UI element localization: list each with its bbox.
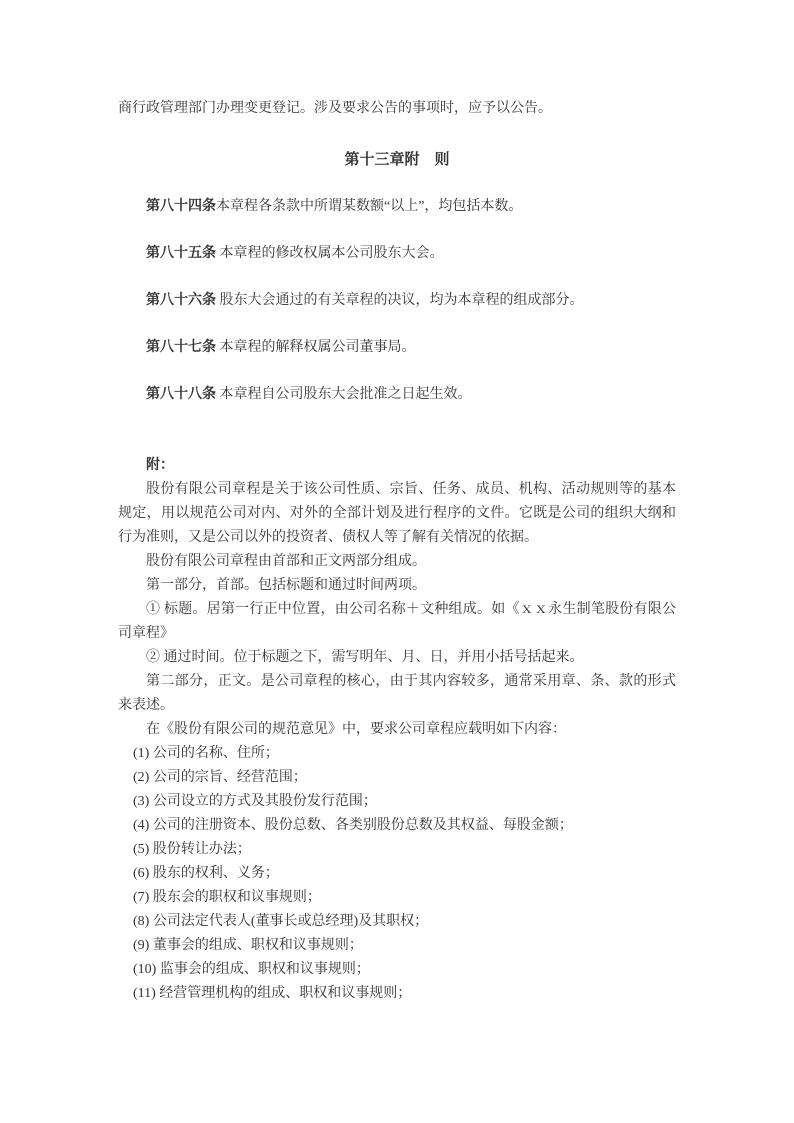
appendix-item1-paragraph: ① 标题。居第一行正中位置，由公司名称＋文种组成。如《ｘｘ永生制笔股份有限公司章… [118, 598, 676, 646]
list-item-7: (7) 股东会的职权和议事规则； [118, 886, 676, 910]
appendix-intro-paragraph: 股份有限公司章程是关于该公司性质、宗旨、任务、成员、机构、活动规则等的基本规定，… [118, 478, 676, 550]
requirements-list: (1) 公司的名称、住所； (2) 公司的宗旨、经营范围； (3) 公司设立的方… [118, 742, 676, 1006]
list-item-1-num: (1) [133, 746, 149, 761]
appendix-heading: 附： [118, 454, 676, 478]
list-item-8-num: (8) [133, 914, 149, 929]
list-item-1-text: 公司的名称、住所； [153, 746, 279, 761]
article-88-text: 本章程自公司股东大会批准之日起生效。 [216, 387, 472, 402]
list-item-1: (1) 公司的名称、住所； [118, 742, 676, 766]
list-item-2-num: (2) [133, 770, 149, 785]
article-85: 第八十五条 本章程的修改权属本公司股东大会。 [118, 242, 676, 266]
article-84: 第八十四条本章程各条款中所谓某数额“以上”，均包括本数。 [118, 195, 676, 219]
list-item-2-text: 公司的宗旨、经营范围； [153, 770, 307, 785]
list-item-11: (11) 经营管理机构的组成、职权和议事规则； [118, 982, 676, 1006]
continuation-paragraph: 商行政管理部门办理变更登记。涉及要求公告的事项时，应予以公告。 [118, 97, 676, 121]
article-86-label: 第八十六条 [146, 293, 216, 308]
document-page: 商行政管理部门办理变更登记。涉及要求公告的事项时，应予以公告。 第十三章附 则 … [0, 0, 794, 1123]
list-item-6: (6) 股东的权利、义务； [118, 862, 676, 886]
list-item-4: (4) 公司的注册资本、股份总数、各类别股份总数及其权益、每股金额； [118, 814, 676, 838]
list-item-4-num: (4) [133, 818, 149, 833]
article-85-label: 第八十五条 [146, 246, 216, 261]
list-item-9: (9) 董事会的组成、职权和议事规则； [118, 934, 676, 958]
appendix-item2-paragraph: ② 通过时间。位于标题之下，需写明年、月、日，并用小括号括起来。 [118, 646, 676, 670]
list-item-6-text: 股东的权利、义务； [153, 866, 279, 881]
article-85-text: 本章程的修改权属本公司股东大会。 [216, 246, 444, 261]
list-item-8-text: 公司法定代表人(董事长或总经理)及其职权； [153, 914, 428, 929]
article-84-text: 本章程各条款中所谓某数额“以上”，均包括本数。 [216, 199, 522, 214]
list-item-11-num: (11) [133, 986, 156, 1001]
article-87: 第八十七条 本章程的解释权属公司董事局。 [118, 336, 676, 360]
appendix-part1-paragraph: 第一部分，首部。包括标题和通过时间两项。 [118, 574, 676, 598]
list-item-10-num: (10) [133, 962, 156, 977]
list-item-10-text: 监事会的组成、职权和议事规则； [160, 962, 370, 977]
chapter-heading: 第十三章附 则 [118, 148, 676, 172]
list-item-5-num: (5) [133, 842, 149, 857]
list-item-9-num: (9) [133, 938, 149, 953]
list-item-7-text: 股东会的职权和议事规则； [153, 890, 321, 905]
article-88-label: 第八十八条 [146, 387, 216, 402]
list-item-4-text: 公司的注册资本、股份总数、各类别股份总数及其权益、每股金额； [153, 818, 573, 833]
list-item-3-text: 公司设立的方式及其股份发行范围； [153, 794, 377, 809]
list-item-2: (2) 公司的宗旨、经营范围； [118, 766, 676, 790]
list-item-5-text: 股份转让办法； [153, 842, 251, 857]
list-item-3-num: (3) [133, 794, 149, 809]
list-item-6-num: (6) [133, 866, 149, 881]
list-item-11-text: 经营管理机构的组成、职权和议事规则； [159, 986, 411, 1001]
list-item-8: (8) 公司法定代表人(董事长或总经理)及其职权； [118, 910, 676, 934]
article-86-text: 股东大会通过的有关章程的决议，均为本章程的组成部分。 [216, 293, 584, 308]
article-84-label: 第八十四条 [146, 199, 216, 214]
article-88: 第八十八条 本章程自公司股东大会批准之日起生效。 [118, 383, 676, 407]
list-item-7-num: (7) [133, 890, 149, 905]
article-86: 第八十六条 股东大会通过的有关章程的决议，均为本章程的组成部分。 [118, 289, 676, 313]
article-87-label: 第八十七条 [146, 340, 216, 355]
appendix-list-intro: 在《股份有限公司的规范意见》中，要求公司章程应载明如下内容： [118, 718, 676, 742]
list-item-5: (5) 股份转让办法； [118, 838, 676, 862]
list-item-9-text: 董事会的组成、职权和议事规则； [153, 938, 363, 953]
list-item-3: (3) 公司设立的方式及其股份发行范围； [118, 790, 676, 814]
appendix-structure-paragraph: 股份有限公司章程由首部和正文两部分组成。 [118, 550, 676, 574]
article-87-text: 本章程的解释权属公司董事局。 [216, 340, 416, 355]
appendix-part2-paragraph: 第二部分，正文。是公司章程的核心，由于其内容较多，通常采用章、条、款的形式来表述… [118, 670, 676, 718]
list-item-10: (10) 监事会的组成、职权和议事规则； [118, 958, 676, 982]
